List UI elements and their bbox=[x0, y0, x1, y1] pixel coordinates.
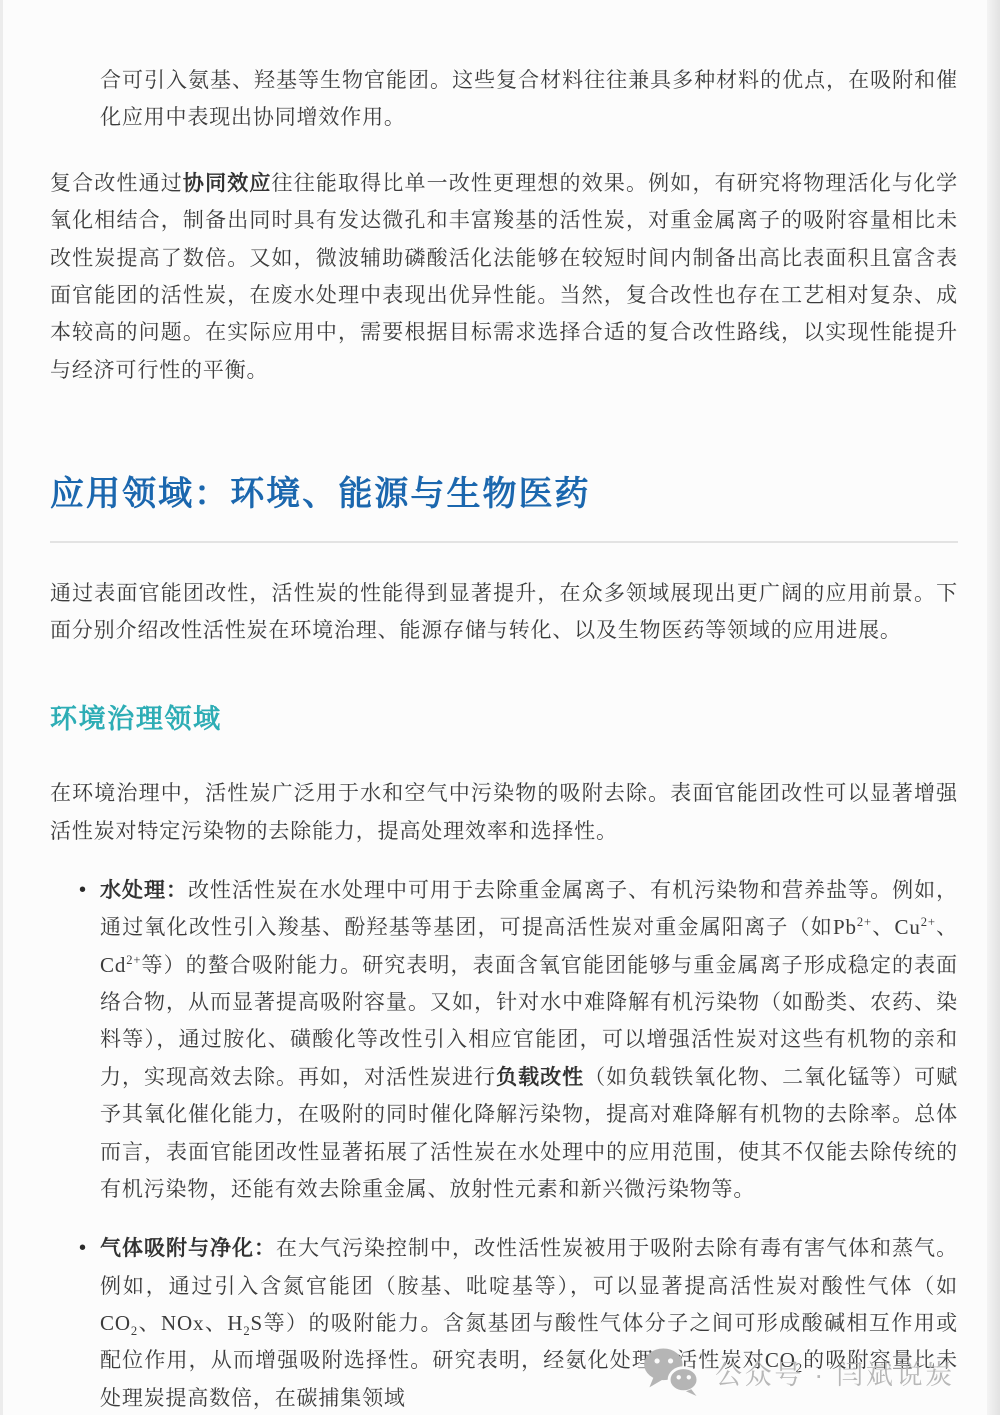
section-divider bbox=[50, 541, 958, 543]
bullet-icon: • bbox=[50, 1230, 100, 1267]
list-item-water-treatment-text: 水处理：改性活性炭在水处理中可用于去除重金属离子、有机污染物和营养盐等。例如，通… bbox=[100, 872, 958, 1208]
bullet-icon: • bbox=[50, 872, 100, 909]
paragraph-composite-modification: 复合改性通过协同效应往往能取得比单一改性更理想的效果。例如，有研究将物理活化与化… bbox=[50, 165, 958, 389]
article-body: 合可引入氨基、羟基等生物官能团。这些复合材料往往兼具多种材料的优点，在吸附和催化… bbox=[0, 0, 1000, 1415]
paragraph-composite-materials-tail: 合可引入氨基、羟基等生物官能团。这些复合材料往往兼具多种材料的优点，在吸附和催化… bbox=[100, 62, 958, 137]
environment-bullet-list: • 水处理：改性活性炭在水处理中可用于去除重金属离子、有机污染物和营养盐等。例如… bbox=[50, 872, 958, 1415]
list-item-water-treatment: • 水处理：改性活性炭在水处理中可用于去除重金属离子、有机污染物和营养盐等。例如… bbox=[50, 872, 958, 1208]
subsection-heading-environment: 环境治理领域 bbox=[50, 701, 958, 739]
paragraph-application-intro: 通过表面官能团改性，活性炭的性能得到显著提升，在众多领域展现出更广阔的应用前景。… bbox=[50, 575, 958, 650]
wechat-account-label: 公众号 · 闫斌说炭 bbox=[715, 1353, 955, 1392]
section-heading-application-fields: 应用领域：环境、能源与生物医药 bbox=[50, 471, 958, 519]
wechat-watermark: 公众号 · 闫斌说炭 bbox=[643, 1347, 955, 1397]
wechat-icon bbox=[643, 1347, 701, 1397]
paragraph-environment-intro: 在环境治理中，活性炭广泛用于水和空气中污染物的吸附去除。表面官能团改性可以显著增… bbox=[50, 775, 958, 850]
